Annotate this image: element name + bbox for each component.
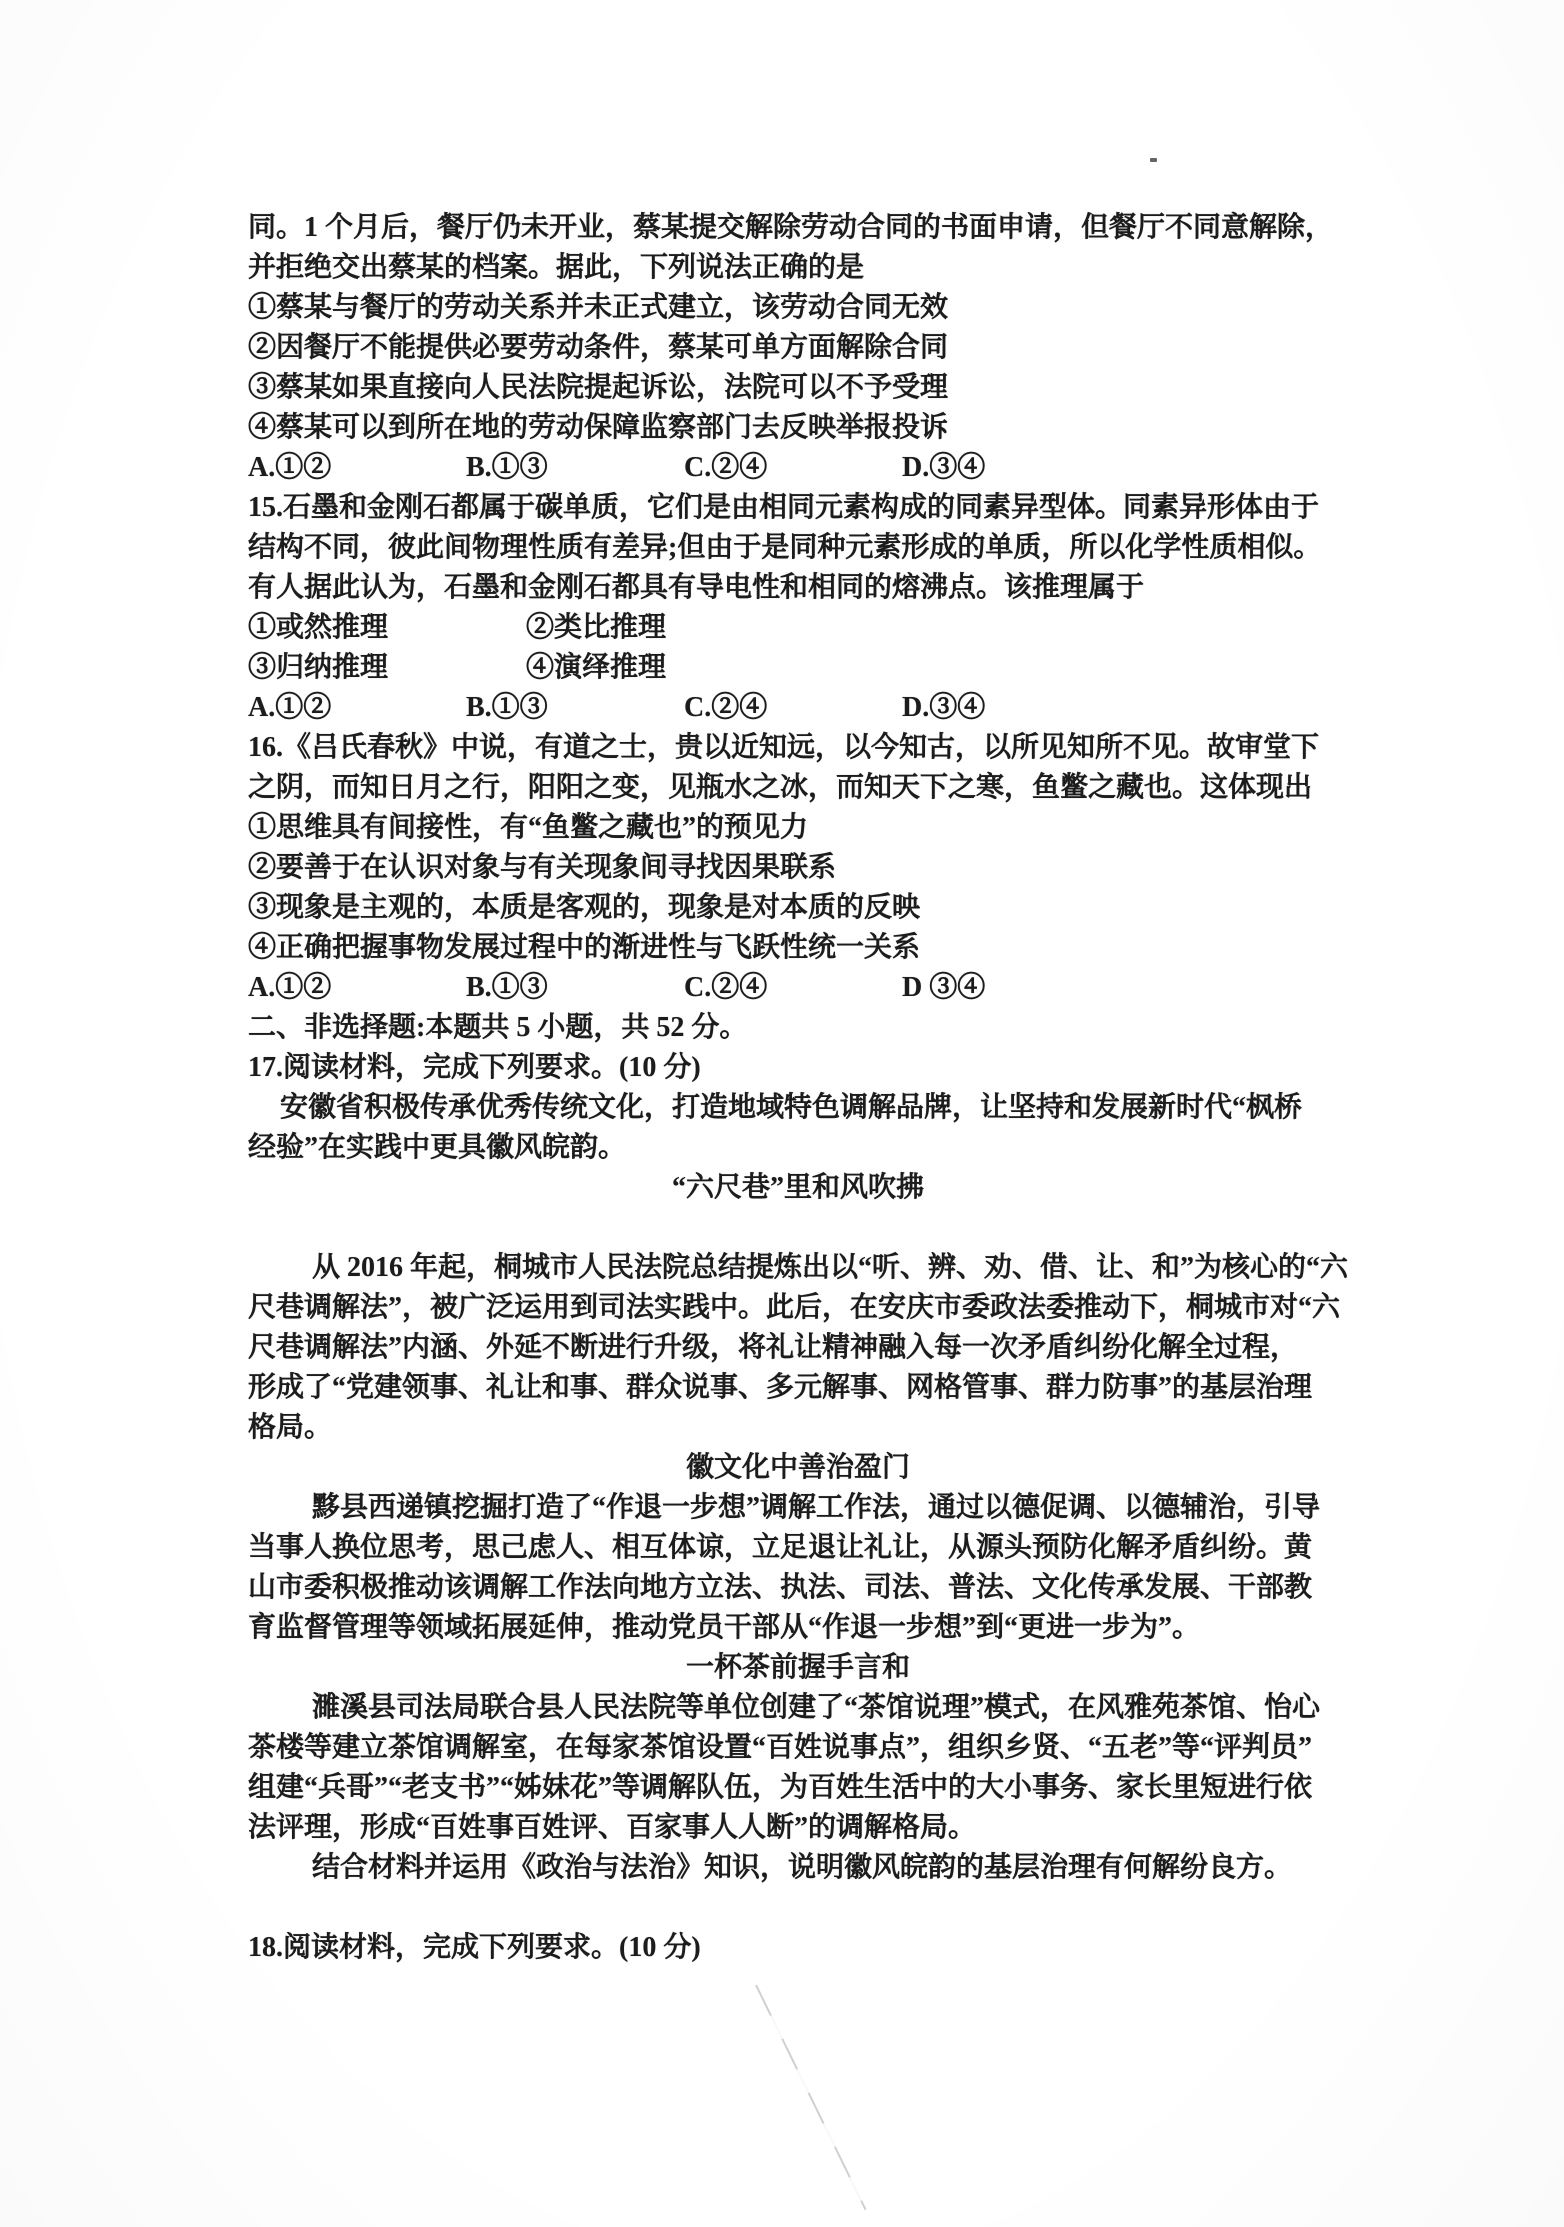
text-line: 育监督管理等领域拓展延伸，推动党员干部从“作退一步想”到“更进一步为”。 <box>248 1608 1348 1648</box>
scan-crease-artifact <box>755 1985 866 2211</box>
text-line: 结构不同，彼此间物理性质有差异;但由于是同种元素形成的单质，所以化学性质相似。 <box>248 528 1348 568</box>
option-choice: ④演绎推理 <box>526 648 666 688</box>
options-row: A.①②B.①③C.②④D.③④ <box>248 688 1348 728</box>
option-choice: ②类比推理 <box>526 608 666 648</box>
option-choice: A.①② <box>248 448 466 488</box>
text-line: 黟县西递镇挖掘打造了“作退一步想”调解工作法，通过以德促调、以德辅治，引导 <box>248 1488 1348 1528</box>
text-line: ②因餐厅不能提供必要劳动条件，蔡某可单方面解除合同 <box>248 328 1348 368</box>
text-line: ①蔡某与餐厅的劳动关系并未正式建立，该劳动合同无效 <box>248 288 1348 328</box>
text-line: 组建“兵哥”“老支书”“姊妹花”等调解队伍，为百姓生活中的大小事务、家长里短进行… <box>248 1768 1348 1808</box>
section-heading: 徽文化中善治盈门 <box>248 1448 1348 1488</box>
option-choice: B.①③ <box>466 448 684 488</box>
text-line: 有人据此认为，石墨和金刚石都具有导电性和相同的熔沸点。该推理属于 <box>248 568 1348 608</box>
options-row: A.①②B.①③C.②④D.③④ <box>248 448 1348 488</box>
text-line: 17.阅读材料，完成下列要求。(10 分) <box>248 1048 1348 1088</box>
text-line: 经验”在实践中更具徽风皖韵。 <box>248 1128 1348 1168</box>
text-line: 当事人换位思考，思己虑人、相互体谅，立足退让礼让，从源头预防化解矛盾纠纷。黄 <box>248 1528 1348 1568</box>
text-line: 同。1 个月后，餐厅仍未开业，蔡某提交解除劳动合同的书面申请，但餐厅不同意解除， <box>248 208 1348 248</box>
option-choice: D.③④ <box>902 688 985 728</box>
option-choice: C.②④ <box>684 688 902 728</box>
text-line: 茶楼等建立茶馆调解室，在每家茶馆设置“百姓说事点”，组织乡贤、“五老”等“评判员… <box>248 1728 1348 1768</box>
text-line: ③现象是主观的，本质是客观的，现象是对本质的反映 <box>248 888 1348 928</box>
text-line: 尺巷调解法”内涵、外延不断进行升级，将礼让精神融入每一次矛盾纠纷化解全过程， <box>248 1328 1348 1368</box>
text-line: 15.石墨和金刚石都属于碳单质，它们是由相同元素构成的同素异型体。同素异形体由于 <box>248 488 1348 528</box>
text-line: 二、非选择题:本题共 5 小题，共 52 分。 <box>248 1008 1348 1048</box>
text-line: ④正确把握事物发展过程中的渐进性与飞跃性统一关系 <box>248 928 1348 968</box>
option-choice: B.①③ <box>466 968 684 1008</box>
document-content: 同。1 个月后，餐厅仍未开业，蔡某提交解除劳动合同的书面申请，但餐厅不同意解除，… <box>248 208 1348 1968</box>
scanned-exam-page: 同。1 个月后，餐厅仍未开业，蔡某提交解除劳动合同的书面申请，但餐厅不同意解除，… <box>0 0 1564 2227</box>
text-line: 濉溪县司法局联合县人民法院等单位创建了“茶馆说理”模式，在风雅苑茶馆、怡心 <box>248 1688 1348 1728</box>
text-line: 从 2016 年起，桐城市人民法院总结提炼出以“听、辨、劝、借、让、和”为核心的… <box>248 1248 1348 1288</box>
section-heading: 一杯茶前握手言和 <box>248 1648 1348 1688</box>
text-line: ④蔡某可以到所在地的劳动保障监察部门去反映举报投诉 <box>248 408 1348 448</box>
scan-speck-artifact <box>1150 158 1157 162</box>
option-choice: ③归纳推理 <box>248 648 526 688</box>
text-line: ③蔡某如果直接向人民法院提起诉讼，法院可以不予受理 <box>248 368 1348 408</box>
text-line: 安徽省积极传承优秀传统文化，打造地域特色调解品牌，让坚持和发展新时代“枫桥 <box>248 1088 1348 1128</box>
options-row: ①或然推理②类比推理 <box>248 608 1348 648</box>
option-choice: C.②④ <box>684 968 902 1008</box>
option-choice: C.②④ <box>684 448 902 488</box>
options-row: A.①②B.①③C.②④D ③④ <box>248 968 1348 1008</box>
option-choice: D.③④ <box>902 448 985 488</box>
text-line: 16.《吕氏春秋》中说，有道之士，贵以近知远，以今知古，以所见知所不见。故审堂下 <box>248 728 1348 768</box>
option-choice: ①或然推理 <box>248 608 526 648</box>
option-choice: A.①② <box>248 968 466 1008</box>
text-line: 法评理，形成“百姓事百姓评、百家事人人断”的调解格局。 <box>248 1808 1348 1848</box>
text-line: 形成了“党建领事、礼让和事、群众说事、多元解事、网格管事、群力防事”的基层治理 <box>248 1368 1348 1408</box>
text-line: 并拒绝交出蔡某的档案。据此，下列说法正确的是 <box>248 248 1348 288</box>
option-choice: A.①② <box>248 688 466 728</box>
text-line: 格局。 <box>248 1408 1348 1448</box>
options-row: ③归纳推理④演绎推理 <box>248 648 1348 688</box>
section-heading: “六尺巷”里和风吹拂 <box>248 1168 1348 1208</box>
text-line: 山市委积极推动该调解工作法向地方立法、执法、司法、普法、文化传承发展、干部教 <box>248 1568 1348 1608</box>
text-line: 之阴，而知日月之行，阳阳之变，见瓶水之冰，而知天下之寒，鱼鳖之藏也。这体现出 <box>248 768 1348 808</box>
option-choice: D ③④ <box>902 968 985 1008</box>
text-line: 结合材料并运用《政治与法治》知识，说明徽风皖韵的基层治理有何解纷良方。 <box>248 1848 1348 1888</box>
text-line: ②要善于在认识对象与有关现象间寻找因果联系 <box>248 848 1348 888</box>
text-line: ①思维具有间接性，有“鱼鳖之藏也”的预见力 <box>248 808 1348 848</box>
option-choice: B.①③ <box>466 688 684 728</box>
text-line: 尺巷调解法”，被广泛运用到司法实践中。此后，在安庆市委政法委推动下，桐城市对“六 <box>248 1288 1348 1328</box>
text-line: 18.阅读材料，完成下列要求。(10 分) <box>248 1928 1348 1968</box>
